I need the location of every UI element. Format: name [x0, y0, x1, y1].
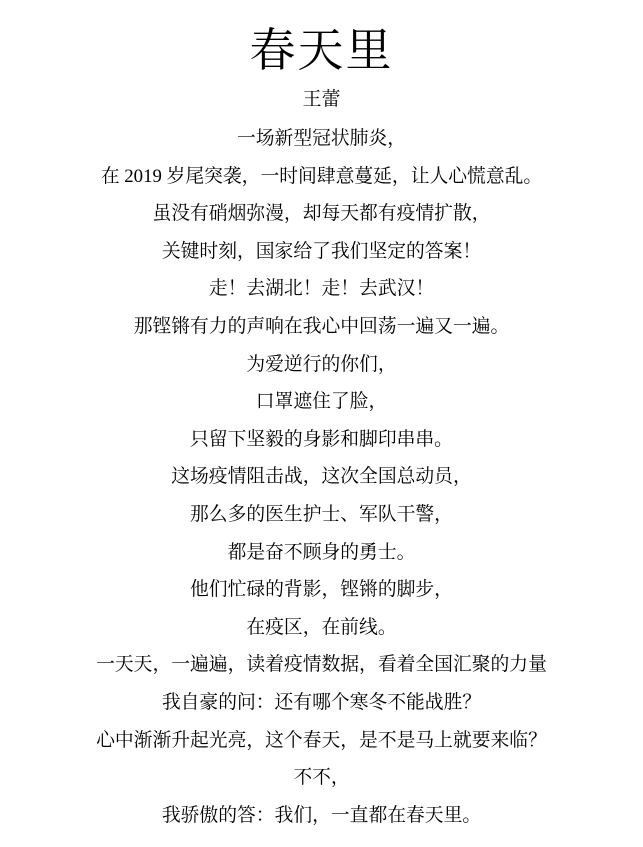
poem-line: 那铿锵有力的声响在我心中回荡一遍又一遍。 [0, 308, 643, 346]
poem-line: 这场疫情阻击战，这次全国总动员， [0, 458, 643, 496]
poem-line: 口罩遮住了脸， [0, 383, 643, 421]
poem-line: 走！去湖北！走！去武汉！ [0, 270, 643, 308]
poem-line: 一场新型冠状肺炎， [0, 120, 643, 158]
poem-line: 心中渐渐升起光亮，这个春天，是不是马上就要来临？ [0, 722, 643, 760]
poem-line: 都是奋不顾身的勇士。 [0, 534, 643, 572]
poem-line: 我自豪的问：还有哪个寒冬不能战胜？ [0, 684, 643, 722]
poem-author: 王蕾 [0, 86, 643, 114]
poem-line: 在疫区，在前线。 [0, 609, 643, 647]
document-page: 春天里 王蕾 一场新型冠状肺炎，在 2019 岁尾突袭，一时间肆意蔓延，让人心慌… [0, 0, 643, 847]
poem-line: 为爱逆行的你们， [0, 346, 643, 384]
poem-line: 我骄傲的答：我们，一直都在春天里。 [0, 797, 643, 835]
poem-line: 不不， [0, 759, 643, 797]
poem-line: 他们忙碌的背影，铿锵的脚步， [0, 571, 643, 609]
poem-line: 虽没有硝烟弥漫，却每天都有疫情扩散， [0, 195, 643, 233]
poem-line: 在 2019 岁尾突袭，一时间肆意蔓延，让人心慌意乱。 [0, 158, 643, 196]
poem-title: 春天里 [0, 24, 643, 78]
poem-line: 一天天，一遍遍，读着疫情数据，看着全国汇聚的力量 [0, 646, 643, 684]
poem-body: 一场新型冠状肺炎，在 2019 岁尾突袭，一时间肆意蔓延，让人心慌意乱。虽没有硝… [0, 120, 643, 834]
poem-line: 关键时刻，国家给了我们坚定的答案！ [0, 233, 643, 271]
poem-line: 那么多的医生护士、军队干警， [0, 496, 643, 534]
poem-line: 只留下坚毅的身影和脚印串串。 [0, 421, 643, 459]
